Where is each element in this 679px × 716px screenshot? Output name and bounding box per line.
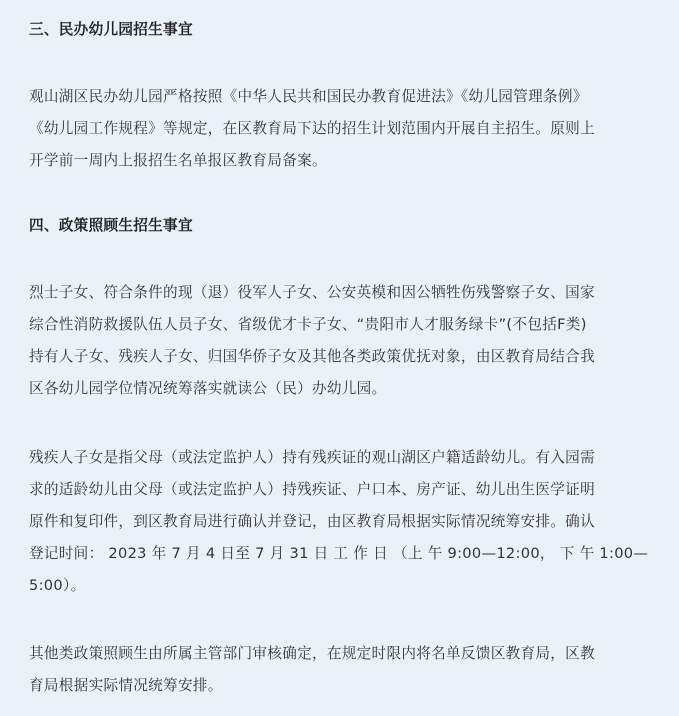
- section-heading-private-kindergarten: 三、民办幼儿园招生事宜: [29, 14, 651, 46]
- paragraph-line: 综合性消防救援队伍人员子女、省级优才卡子女、“贵阳市人才服务绿卡”(不包括F类): [29, 309, 651, 341]
- heading-text: 三、民办幼儿园招生事宜: [29, 14, 651, 46]
- paragraph-line: 5:00）。: [29, 570, 651, 602]
- section-heading-policy-students: 四、政策照顾生招生事宜: [29, 210, 651, 242]
- paragraph-line: 原件和复印件，到区教育局进行确认并登记，由区教育局根据实际情况统筹安排。确认: [29, 506, 651, 538]
- paragraph-line: 求的适龄幼儿由父母（或法定监护人）持残疾证、户口本、房产证、幼儿出生医学证明: [29, 474, 651, 506]
- paragraph-disabled-parents-children: 残疾人子女是指父母（或法定监护人）持有残疾证的观山湖区户籍适龄幼儿。有入园需 求…: [29, 442, 651, 602]
- paragraph-line: 开学前一周内上报招生名单报区教育局备案。: [29, 145, 651, 177]
- paragraph-line: 《幼儿园工作规程》等规定，在区教育局下达的招生计划范围内开展自主招生。原则上: [29, 113, 651, 145]
- paragraph-line: 登记时间： 2023 年 7 月 4 日至 7 月 31 日 工 作 日 （上 …: [29, 538, 651, 570]
- paragraph-line: 持有人子女、残疾人子女、归国华侨子女及其他各类政策优抚对象，由区教育局结合我: [29, 341, 651, 373]
- paragraph-line: 其他类政策照顾生由所属主管部门审核确定，在规定时限内将名单反馈区教育局，区教: [29, 638, 651, 670]
- paragraph-line: 残疾人子女是指父母（或法定监护人）持有残疾证的观山湖区户籍适龄幼儿。有入园需: [29, 442, 651, 474]
- article-body: 三、民办幼儿园招生事宜 观山湖区民办幼儿园严格按照《中华人民共和国民办教育促进法…: [0, 0, 679, 716]
- paragraph-other-policy-students: 其他类政策照顾生由所属主管部门审核确定，在规定时限内将名单反馈区教育局，区教 育…: [29, 638, 651, 702]
- heading-text: 四、政策照顾生招生事宜: [29, 210, 651, 242]
- paragraph-line: 育局根据实际情况统筹安排。: [29, 670, 651, 702]
- paragraph-line: 观山湖区民办幼儿园严格按照《中华人民共和国民办教育促进法》《幼儿园管理条例》: [29, 81, 651, 113]
- paragraph-eligible-groups: 烈士子女、符合条件的现（退）役军人子女、公安英模和因公牺牲伤残警察子女、国家 综…: [29, 277, 651, 405]
- paragraph-line: 烈士子女、符合条件的现（退）役军人子女、公安英模和因公牺牲伤残警察子女、国家: [29, 277, 651, 309]
- paragraph-private-kindergarten-rules: 观山湖区民办幼儿园严格按照《中华人民共和国民办教育促进法》《幼儿园管理条例》 《…: [29, 81, 651, 177]
- paragraph-line: 区各幼儿园学位情况统筹落实就读公（民）办幼儿园。: [29, 373, 651, 405]
